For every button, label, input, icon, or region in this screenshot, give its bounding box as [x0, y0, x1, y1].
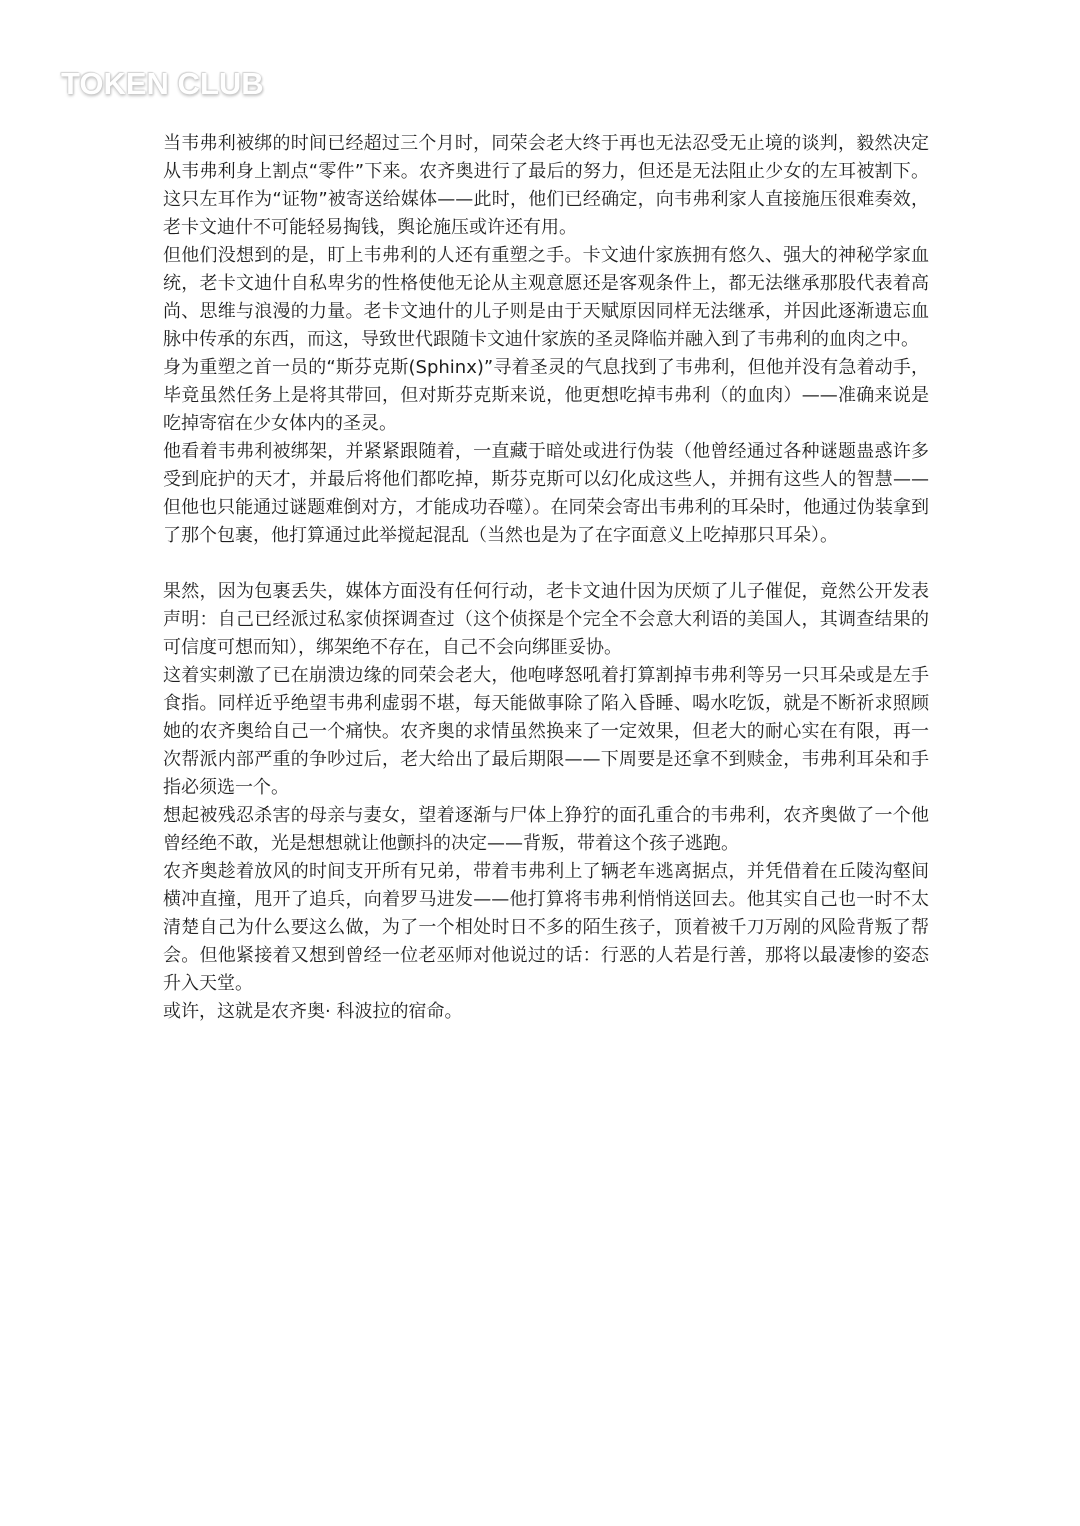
paragraph: 果然，因为包裹丢失，媒体方面没有任何行动，老卡文迪什因为厌烦了儿子催促，竟然公开… — [163, 578, 929, 662]
paragraph: 想起被残忍杀害的母亲与妻女，望着逐渐与尸体上狰狞的面孔重合的韦弗利，农齐奥做了一… — [163, 802, 929, 858]
paragraph: 但他们没想到的是，盯上韦弗利的人还有重塑之手。卡文迪什家族拥有悠久、强大的神秘学… — [163, 242, 929, 354]
article-body: 当韦弗利被绑的时间已经超过三个月时，同荣会老大终于再也无法忍受无止境的谈判，毅然… — [163, 130, 929, 1026]
paragraph: 这着实刺激了已在崩溃边缘的同荣会老大，他咆哮怒吼着打算割掉韦弗利等另一只耳朵或是… — [163, 662, 929, 802]
blank-line — [163, 550, 929, 578]
paragraph: 当韦弗利被绑的时间已经超过三个月时，同荣会老大终于再也无法忍受无止境的谈判，毅然… — [163, 130, 929, 242]
paragraph: 身为重塑之首一员的“斯芬克斯(Sphinx)”寻着圣灵的气息找到了韦弗利，但他并… — [163, 354, 929, 438]
paragraph: 他看着韦弗利被绑架，并紧紧跟随着，一直藏于暗处或进行伪装（他曾经通过各种谜题蛊惑… — [163, 438, 929, 550]
paragraph: 农齐奥趁着放风的时间支开所有兄弟，带着韦弗利上了辆老车逃离据点，并凭借着在丘陵沟… — [163, 858, 929, 998]
paragraph: 或许，这就是农齐奥· 科波拉的宿命。 — [163, 998, 929, 1026]
watermark-logo: TOKEN CLUB — [61, 66, 264, 102]
